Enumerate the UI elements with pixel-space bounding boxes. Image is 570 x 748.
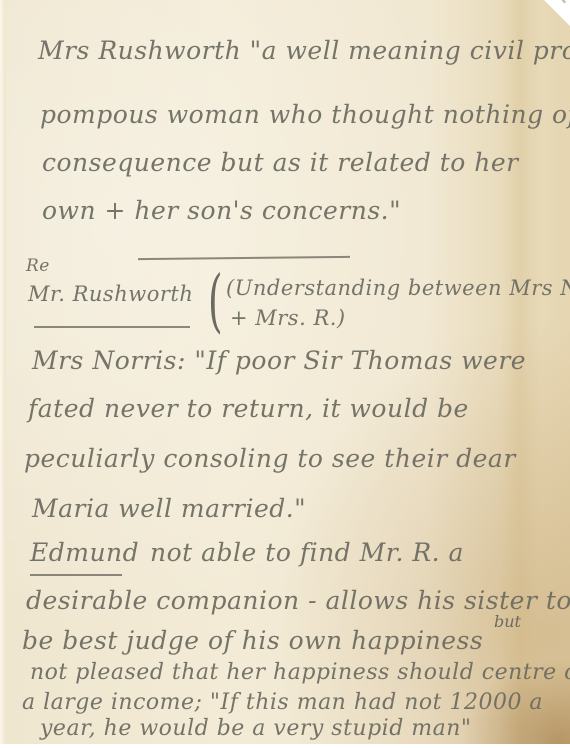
- manuscript-page: Mrs Rushworth "a well meaning civil pros…: [0, 0, 570, 748]
- folded-corner: [544, 0, 570, 26]
- manuscript-line-3: consequence but as it related to her: [42, 148, 519, 177]
- manuscript-line-1: Mrs Rushworth "a well meaning civil pros…: [38, 36, 570, 65]
- manuscript-line-4: own + her son's concerns.": [42, 196, 401, 225]
- manuscript-line-11: peculiarly consoling to see their dear: [24, 444, 516, 473]
- manuscript-line-15: desirable companion - allows his sister …: [26, 586, 570, 615]
- edmund-heading: Edmund: [30, 538, 139, 567]
- manuscript-line-9: Mrs Norris: "If poor Sir Thomas were: [32, 346, 526, 375]
- section-rule: [138, 256, 350, 260]
- manuscript-line-10: fated never to return, it would be: [28, 394, 469, 423]
- manuscript-line-2: pompous woman who thought nothing of: [40, 100, 570, 129]
- edmund-underline: [30, 574, 122, 576]
- manuscript-line-16: be best judge of his own happiness: [22, 626, 483, 655]
- parenthetical-line-1: (Understanding between Mrs N.: [226, 276, 570, 300]
- manuscript-line-12: Maria well married.": [32, 494, 306, 523]
- manuscript-line-14: not able to find Mr. R. a: [150, 538, 464, 567]
- insertion-but: but: [494, 612, 521, 631]
- heading-underline: [34, 326, 190, 328]
- re-label: Re: [26, 256, 50, 276]
- manuscript-line-17: not pleased that her happiness should ce…: [30, 660, 570, 685]
- scan-bottom-edge: [0, 744, 570, 748]
- manuscript-line-19: year, he would be a very stupid man": [40, 716, 472, 741]
- scan-left-edge: [0, 0, 6, 748]
- mr-rushworth-heading: Mr. Rushworth: [28, 282, 193, 306]
- parenthetical-line-2: + Mrs. R.): [230, 306, 346, 330]
- manuscript-line-18: a large income; "If this man had not 120…: [22, 690, 543, 715]
- bracket: (: [208, 268, 223, 336]
